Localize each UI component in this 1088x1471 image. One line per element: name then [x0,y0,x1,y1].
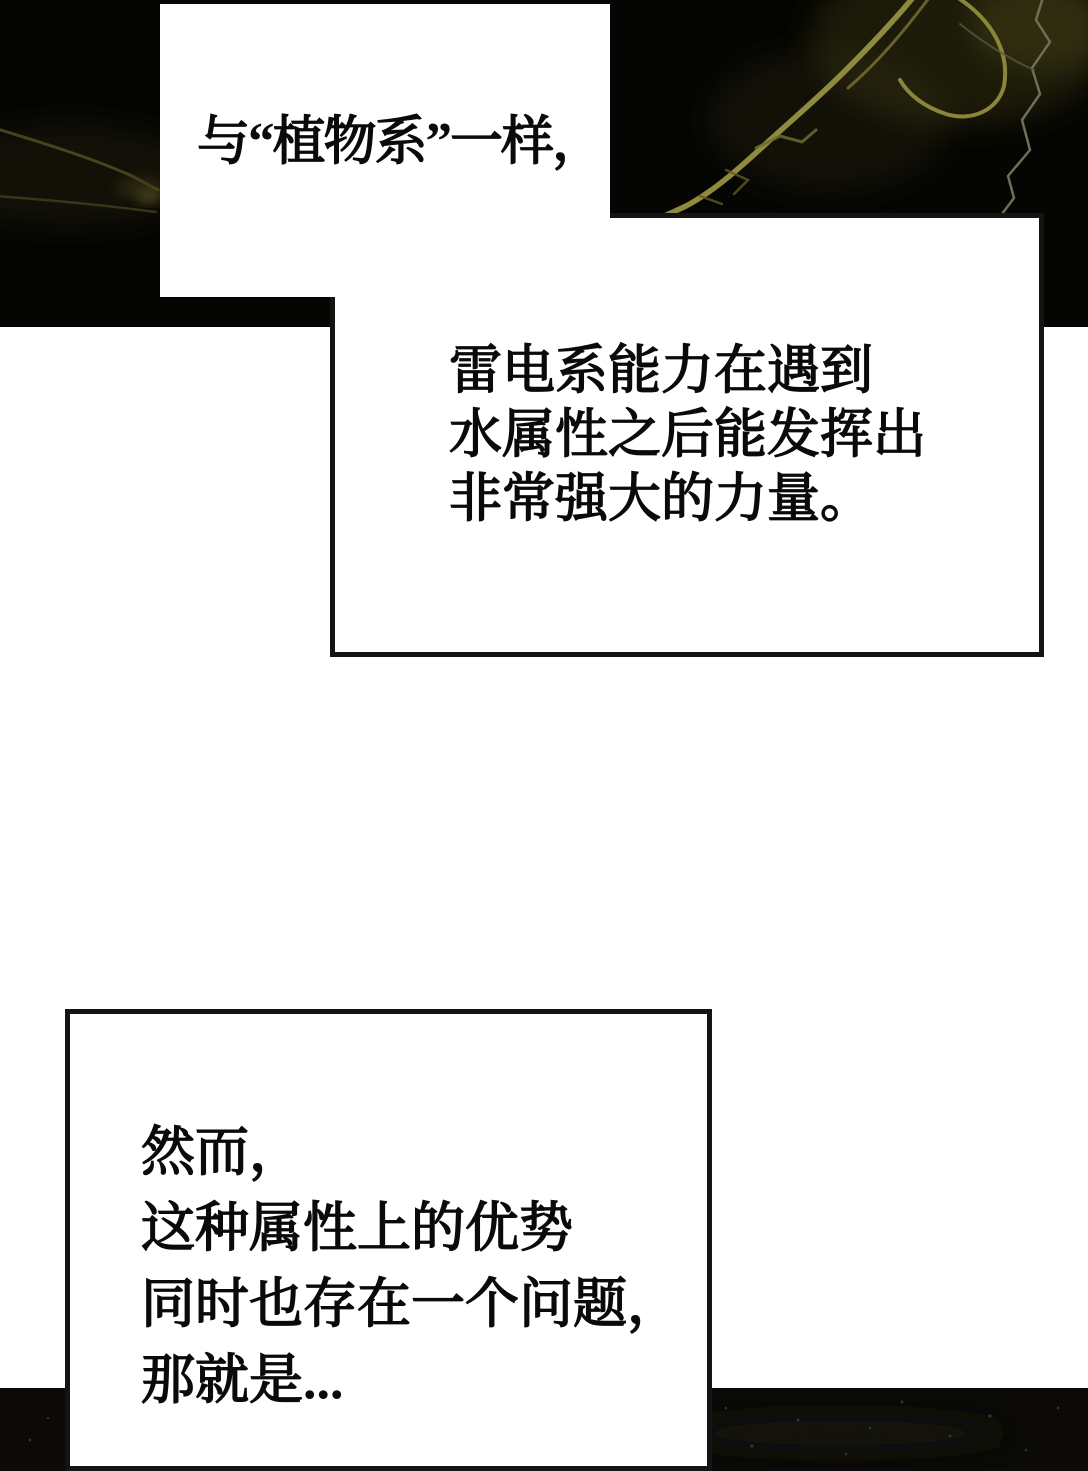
speech-text-bottom: 然而， 这种属性上的优势 同时也存在一个问题， 那就是... [141,1114,681,1418]
speech-line: 然而， [141,1114,681,1190]
speech-line: 水属性之后能发挥出 [449,403,926,467]
speech-line: 雷电系能力在遇到 [449,339,926,403]
speech-text-middle: 雷电系能力在遇到 水属性之后能发挥出 非常强大的力量。 [449,339,926,531]
speech-line: 与“植物系”一样， [197,112,603,172]
comic-page: 与“植物系”一样， 雷电系能力在遇到 水属性之后能发挥出 非常强大的力量。 然而… [0,0,1088,1471]
speech-line: 这种属性上的优势 [141,1190,681,1266]
speech-line: 那就是... [141,1342,681,1418]
speech-text-top: 与“植物系”一样， [197,112,603,172]
speech-line: 非常强大的力量。 [449,467,926,531]
speech-line: 同时也存在一个问题， [141,1266,681,1342]
